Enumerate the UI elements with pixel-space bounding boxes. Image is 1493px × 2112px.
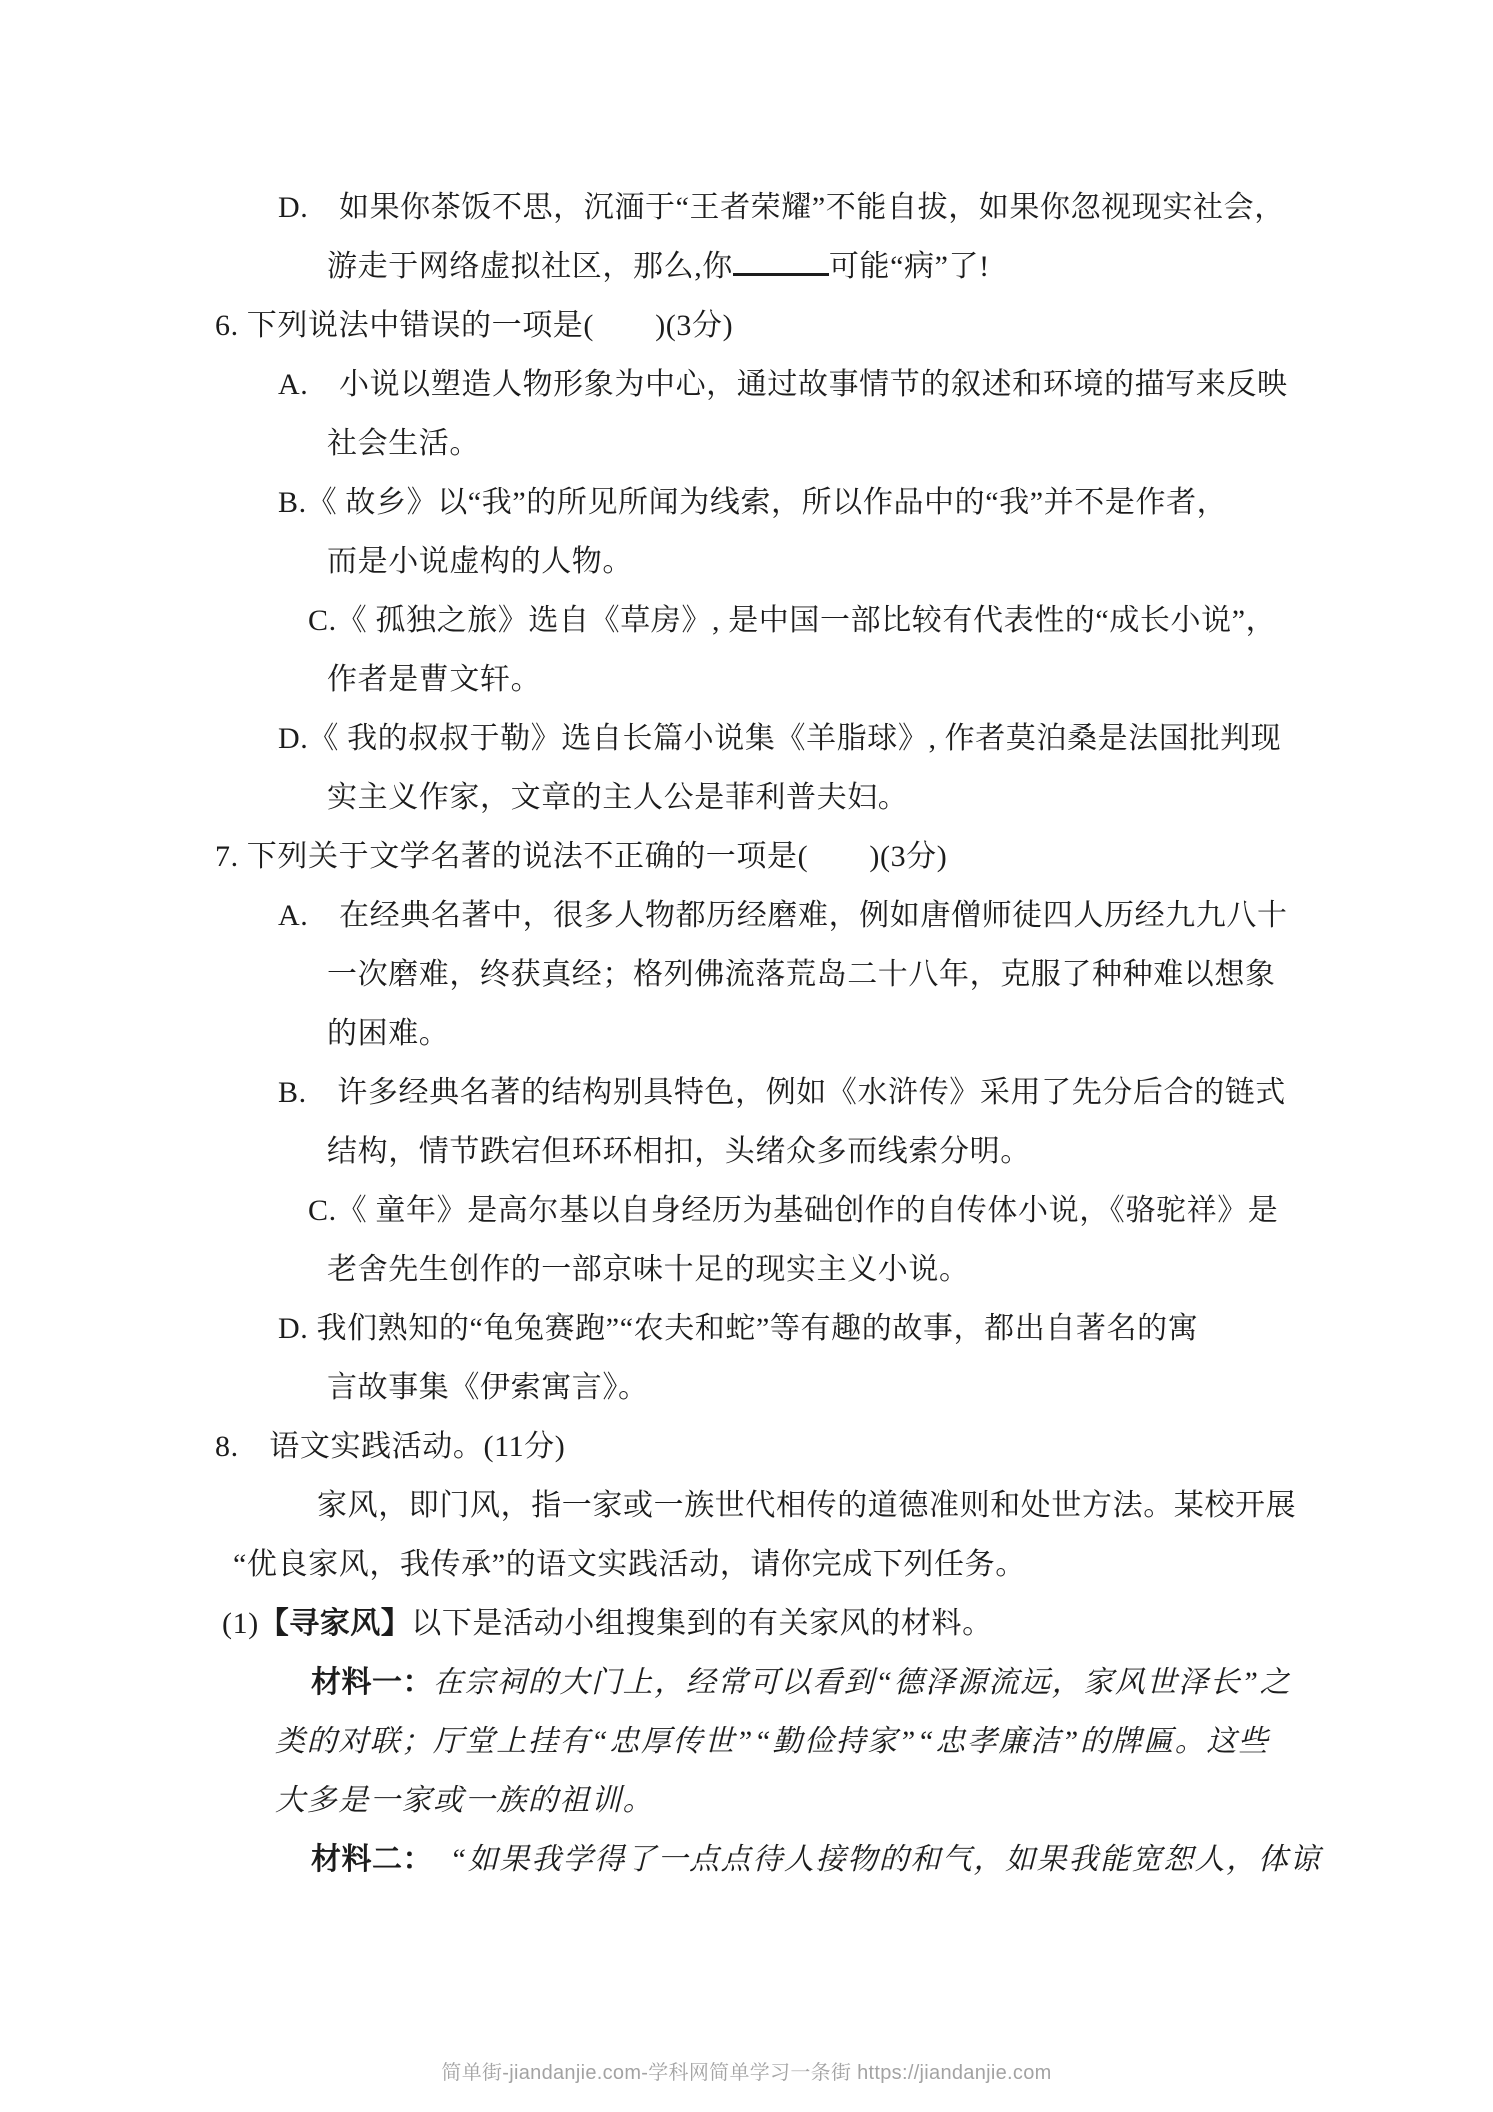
q7-option-b-line-1-seg-0-text: B. 许多经典名著的结构别具特色，例如《水浒传》采用了先分后合的链式: [278, 1076, 1286, 1109]
q5-option-d-line-2-seg-1-blank-underline: [733, 270, 829, 276]
q7-option-a-line-1-seg-0-text: A. 在经典名著中，很多人物都历经磨难，例如唐僧师徒四人历经九九八十: [278, 899, 1288, 932]
q6-option-c-line-2-seg-0-text: 作者是曹文轩。: [327, 663, 541, 696]
q7-option-b-line-2-seg-0-text: 结构，情节跌宕但环环相扣，头绪众多而线索分明。: [327, 1135, 1031, 1168]
q8-intro-line-2: “优良家风，我传承”的语文实践活动，请你完成下列任务。: [0, 1535, 1493, 1594]
material-1-line-1-seg-1-text: 在宗祠的大门上，经常可以看到“德泽源流远，家风世泽长”之: [433, 1666, 1291, 1699]
q7-option-a-line-1: A. 在经典名著中，很多人物都历经磨难，例如唐僧师徒四人历经九九八十: [0, 886, 1493, 945]
material-2-line-1: 材料二： “如果我学得了一点点待人接物的和气，如果我能宽恕人，体谅: [0, 1830, 1493, 1889]
q7-stem: 7. 下列关于文学名著的说法不正确的一项是( )(3分): [0, 827, 1493, 886]
q7-option-a-line-3-seg-0-text: 的困难。: [327, 1017, 449, 1050]
q5-option-d-line-1: D. 如果你茶饭不思，沉湎于“王者荣耀”不能自拔，如果你忽视现实社会，: [0, 178, 1493, 237]
q6-option-b-line-2: 而是小说虚构的人物。: [0, 532, 1493, 591]
q8-stem-seg-0-text: 8. 语文实践活动。(11分): [215, 1430, 565, 1463]
q8-intro-line-1: 家风，即门风，指一家或一族世代相传的道德准则和处世方法。某校开展: [0, 1476, 1493, 1535]
q6-option-b-line-1: B.《 故乡》以“我”的所见所闻为线索，所以作品中的“我”并不是作者，: [0, 473, 1493, 532]
q8-sub1-heading-seg-0-text: (1): [222, 1607, 259, 1640]
q6-option-a-line-1-seg-0-text: A. 小说以塑造人物形象为中心，通过故事情节的叙述和环境的描写来反映: [278, 368, 1288, 401]
q5-option-d-line-1-seg-0-text: D. 如果你茶饭不思，沉湎于“王者荣耀”不能自拔，如果你忽视现实社会，: [278, 191, 1285, 224]
q6-stem: 6. 下列说法中错误的一项是( )(3分): [0, 296, 1493, 355]
q8-intro-line-2-seg-0-text: “优良家风，我传承”的语文实践活动，请你完成下列任务。: [233, 1548, 1026, 1581]
q7-option-c-line-2-seg-0-text: 老舍先生创作的一部京味十足的现实主义小说。: [327, 1253, 970, 1286]
q5-option-d-line-2: 游走于网络虚拟社区，那么,你可能“病”了!: [0, 237, 1493, 296]
q6-option-d-line-1: D.《 我的叔叔于勒》选自长篇小说集《羊脂球》, 作者莫泊桑是法国批判现: [0, 709, 1493, 768]
q7-option-b-line-1: B. 许多经典名著的结构别具特色，例如《水浒传》采用了先分后合的链式: [0, 1063, 1493, 1122]
q5-option-d-line-2-seg-0-text: 游走于网络虚拟社区，那么,你: [327, 250, 733, 283]
watermark-text: 简单街-jiandanjie.com-学科网简单学习一条街 https://ji…: [441, 2062, 1051, 2084]
material-1-line-3-seg-0-text: 大多是一家或一族的祖训。: [275, 1784, 654, 1817]
q8-stem: 8. 语文实践活动。(11分): [0, 1417, 1493, 1476]
q6-option-d-line-2: 实主义作家，文章的主人公是菲利普夫妇。: [0, 768, 1493, 827]
q7-option-d-line-2: 言故事集《伊索寓言》。: [0, 1358, 1493, 1417]
exam-text-block: D. 如果你茶饭不思，沉湎于“王者荣耀”不能自拔，如果你忽视现实社会，游走于网络…: [0, 178, 1493, 1889]
q7-option-c-line-1-seg-0-text: C.《 童年》是高尔基以自身经历为基础创作的自传体小说，《骆驼祥》是: [308, 1194, 1278, 1227]
q6-option-c-line-2: 作者是曹文轩。: [0, 650, 1493, 709]
q7-option-a-line-2: 一次磨难，终获真经；格列佛流落荒岛二十八年，克服了种种难以想象: [0, 945, 1493, 1004]
q6-option-d-line-2-seg-0-text: 实主义作家，文章的主人公是菲利普夫妇。: [327, 781, 908, 814]
material-2-line-1-seg-0-text: 材料二：: [311, 1843, 418, 1876]
material-1-line-2: 类的对联；厅堂上挂有“忠厚传世”“勤俭持家”“忠孝廉洁”的牌匾。这些: [0, 1712, 1493, 1771]
watermark-footer: 简单街-jiandanjie.com-学科网简单学习一条街 https://ji…: [0, 2056, 1493, 2085]
q6-stem-seg-0-text: 6. 下列说法中错误的一项是( )(3分): [215, 309, 733, 342]
material-1-line-2-seg-0-text: 类的对联；厅堂上挂有“忠厚传世”“勤俭持家”“忠孝廉洁”的牌匾。这些: [275, 1725, 1270, 1758]
q7-option-c-line-2: 老舍先生创作的一部京味十足的现实主义小说。: [0, 1240, 1493, 1299]
q7-option-d-line-1-seg-0-text: D. 我们熟知的“龟兔赛跑”“农夫和蛇”等有趣的故事，都出自著名的寓: [278, 1312, 1198, 1345]
q6-option-b-line-2-seg-0-text: 而是小说虚构的人物。: [327, 545, 633, 578]
q6-option-c-line-1: C.《 孤独之旅》选自《草房》, 是中国一部比较有代表性的“成长小说”，: [0, 591, 1493, 650]
q7-option-d-line-2-seg-0-text: 言故事集《伊索寓言》。: [327, 1371, 649, 1404]
q7-stem-seg-0-text: 7. 下列关于文学名著的说法不正确的一项是( )(3分): [215, 840, 947, 873]
q6-option-d-line-1-seg-0-text: D.《 我的叔叔于勒》选自长篇小说集《羊脂球》, 作者莫泊桑是法国批判现: [278, 722, 1281, 755]
q7-option-b-line-2: 结构，情节跌宕但环环相扣，头绪众多而线索分明。: [0, 1122, 1493, 1181]
material-1-line-3: 大多是一家或一族的祖训。: [0, 1771, 1493, 1830]
exam-paper-page: D. 如果你茶饭不思，沉湎于“王者荣耀”不能自拔，如果你忽视现实社会，游走于网络…: [0, 0, 1493, 2112]
q6-option-a-line-2: 社会生活。: [0, 414, 1493, 473]
q6-option-a-line-2-seg-0-text: 社会生活。: [327, 427, 480, 460]
q7-option-c-line-1: C.《 童年》是高尔基以自身经历为基础创作的自传体小说，《骆驼祥》是: [0, 1181, 1493, 1240]
material-2-line-1-seg-1-text: “如果我学得了一点点待人接物的和气，如果我能宽恕人，体谅: [418, 1843, 1321, 1876]
material-1-line-1-seg-0-text: 材料一：: [311, 1666, 433, 1699]
q8-sub1-heading-seg-1-text: 【寻家风】: [259, 1607, 412, 1640]
q6-option-c-line-1-seg-0-text: C.《 孤独之旅》选自《草房》, 是中国一部比较有代表性的“成长小说”，: [308, 604, 1276, 637]
q8-sub1-heading-seg-2-text: 以下是活动小组搜集到的有关家风的材料。: [411, 1607, 992, 1640]
q8-intro-line-1-seg-0-text: 家风，即门风，指一家或一族世代相传的道德准则和处世方法。某校开展: [317, 1489, 1296, 1522]
q7-option-a-line-2-seg-0-text: 一次磨难，终获真经；格列佛流落荒岛二十八年，克服了种种难以想象: [327, 958, 1276, 991]
q6-option-b-line-1-seg-0-text: B.《 故乡》以“我”的所见所闻为线索，所以作品中的“我”并不是作者，: [278, 486, 1227, 519]
material-1-line-1: 材料一：在宗祠的大门上，经常可以看到“德泽源流远，家风世泽长”之: [0, 1653, 1493, 1712]
q7-option-a-line-3: 的困难。: [0, 1004, 1493, 1063]
q8-sub1-heading: (1)【寻家风】以下是活动小组搜集到的有关家风的材料。: [0, 1594, 1493, 1653]
q5-option-d-line-2-seg-2-text: 可能“病”了!: [829, 250, 990, 283]
q6-option-a-line-1: A. 小说以塑造人物形象为中心，通过故事情节的叙述和环境的描写来反映: [0, 355, 1493, 414]
q7-option-d-line-1: D. 我们熟知的“龟兔赛跑”“农夫和蛇”等有趣的故事，都出自著名的寓: [0, 1299, 1493, 1358]
